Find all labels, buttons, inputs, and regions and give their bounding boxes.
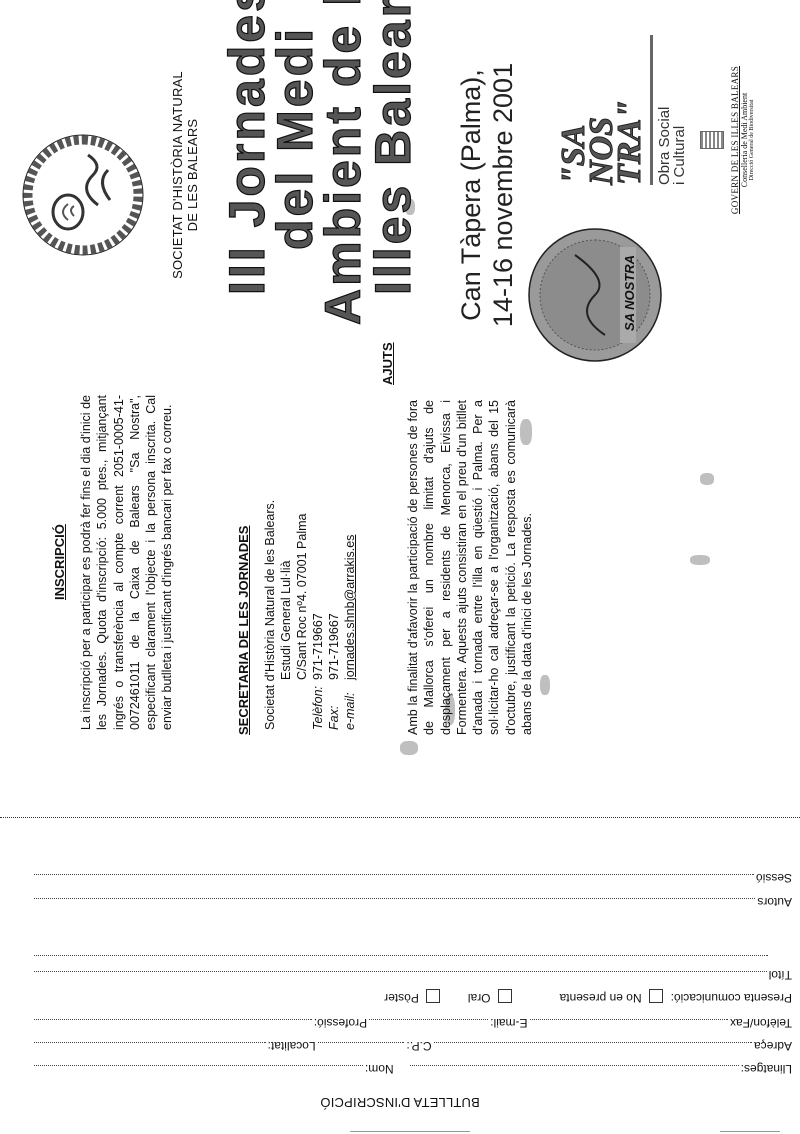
- phone-row: Telèfon: 971-719667: [310, 430, 326, 730]
- row-communication: Presenta comunicació: No en presenta Ora…: [32, 991, 792, 1005]
- ajuts-heading: AJUTS: [380, 342, 395, 385]
- title-line-1: III Jornades: [222, 0, 272, 295]
- email-label: e-mail:: [342, 680, 358, 730]
- phone-label: Telèfon:: [310, 680, 326, 730]
- row-title: Títol: [32, 968, 792, 982]
- title-line-3: Ambient de les: [318, 0, 368, 325]
- adreca-label: Adreça: [754, 1039, 792, 1053]
- fax-row: Fax: 971-719667: [326, 430, 342, 730]
- society-name-line2: DE LES BALEARS: [185, 60, 200, 290]
- secretaria-heading: SECRETARIA DE LES JORNADES: [236, 526, 251, 735]
- fax-value: 971-719667: [326, 613, 342, 680]
- brochure-panel: SOCIETAT D'HISTÒRIA NATURAL DE LES BALEA…: [0, 0, 800, 815]
- title-line-2: del Medi: [270, 26, 320, 250]
- row-names: Llinatges: Nom:: [32, 1062, 792, 1076]
- inscripcio-heading: INSCRIPCIÓ: [52, 524, 67, 600]
- sponsor-tagline-1: Obra Social: [657, 25, 672, 185]
- society-name: SOCIETAT D'HISTÒRIA NATURAL DE LES BALEA…: [170, 60, 200, 290]
- secretaria-contact: Societat d'Història Natural de les Balea…: [262, 430, 358, 730]
- govern-line2: Conselleria de Medi Ambient: [740, 25, 749, 255]
- sponsor-name-3: TRA": [616, 25, 644, 185]
- sessio-label: Sessió: [756, 871, 792, 885]
- row-session: Sessió: [32, 871, 792, 885]
- row-address: Adreça C.P.: Localitat:: [32, 1039, 792, 1053]
- poster-label: Pòster: [384, 991, 419, 1005]
- edge-mark: [720, 1131, 780, 1132]
- govern-crest-icon: [700, 131, 724, 149]
- autors-field[interactable]: [34, 898, 755, 900]
- govern-logo: GOVERN DE LES ILLES BALEARS Conselleria …: [700, 25, 755, 255]
- llinatges-label: Llinatges:: [741, 1062, 792, 1076]
- title-line-4: Illes Balears: [368, 0, 418, 295]
- localitat-field[interactable]: [34, 1042, 266, 1044]
- cp-field[interactable]: [318, 1042, 405, 1044]
- society-name-line1: SOCIETAT D'HISTÒRIA NATURAL: [170, 60, 185, 290]
- professio-field[interactable]: [34, 1019, 312, 1021]
- fax-label: Fax:: [326, 680, 342, 730]
- inscripcio-text: La inscripció per a participar es podrà …: [78, 395, 176, 730]
- edge-mark: [350, 1131, 470, 1132]
- telefon-label: Telèfon/Fax: [730, 1016, 792, 1030]
- autors-label: Autors: [757, 895, 792, 909]
- sponsor-tagline-2: i Cultural: [672, 25, 687, 185]
- llinatges-field[interactable]: [410, 1065, 739, 1067]
- secretaria-building: Estudi General Lul·lià: [278, 430, 294, 730]
- cp-label: C.P.:: [406, 1039, 431, 1053]
- email-row: e-mail: jornades.shnb@arrakis.es: [342, 430, 358, 730]
- venue: Can Tàpera (Palma),: [455, 0, 487, 395]
- sessio-field[interactable]: [34, 874, 754, 876]
- presenta-label: Presenta comunicació:: [671, 991, 792, 1005]
- govern-line3: Direcció General de Biodiversitat: [749, 25, 755, 255]
- nom-label: Nom:: [365, 1062, 394, 1076]
- titol-label: Títol: [769, 968, 792, 982]
- no-presenta-label: No en presenta: [560, 991, 642, 1005]
- secretaria-org: Societat d'Història Natural de les Balea…: [262, 430, 278, 730]
- email-link[interactable]: jornades.shnb@arrakis.es: [342, 535, 358, 680]
- oral-label: Oral: [468, 991, 491, 1005]
- registration-form: BUTLLETA D'INSCRIPCIÓ Llinatges: Nom: Ad…: [0, 825, 800, 1134]
- govern-line1: GOVERN DE LES ILLES BALEARS: [730, 25, 740, 255]
- sponsor-rule: [650, 35, 653, 185]
- professio-label: Professió:: [314, 1016, 367, 1030]
- event-venue-dates: Can Tàpera (Palma), 14-16 novembre 2001: [455, 0, 519, 395]
- cut-line: [0, 817, 800, 818]
- row-contact: Telèfon/Fax E-mail: Professió:: [32, 1016, 792, 1030]
- oral-checkbox[interactable]: [498, 989, 512, 1003]
- form-title: BUTLLETA D'INSCRIPCIÓ: [0, 1095, 800, 1110]
- row-authors: Autors: [32, 895, 792, 909]
- poster-checkbox[interactable]: [426, 989, 440, 1003]
- dates: 14-16 novembre 2001: [487, 0, 519, 395]
- ajuts-text: Amb la finalitat d'afavorir la participa…: [405, 400, 535, 735]
- titol-field-line2[interactable]: [34, 955, 768, 957]
- phone-value: 971-719667: [310, 613, 326, 680]
- medal-label: SA NOSTRA: [622, 245, 637, 341]
- telefon-field[interactable]: [530, 1019, 728, 1021]
- email-label-form: E-mail:: [490, 1016, 527, 1030]
- sa-nostra-logo: "SA NOS TRA" Obra Social i Cultural: [560, 25, 687, 185]
- society-logo-icon: [18, 130, 148, 260]
- titol-field[interactable]: [34, 971, 767, 973]
- sa-nostra-medal-icon: [525, 225, 665, 365]
- row-title-cont: [32, 952, 770, 957]
- email-field[interactable]: [369, 1019, 488, 1021]
- secretaria-address: C/Sant Roc nº4. 07001 Palma: [294, 430, 310, 730]
- localitat-label: Localitat:: [268, 1039, 316, 1053]
- no-presenta-checkbox[interactable]: [649, 989, 663, 1003]
- nom-field[interactable]: [34, 1065, 363, 1067]
- adreca-field[interactable]: [434, 1042, 752, 1044]
